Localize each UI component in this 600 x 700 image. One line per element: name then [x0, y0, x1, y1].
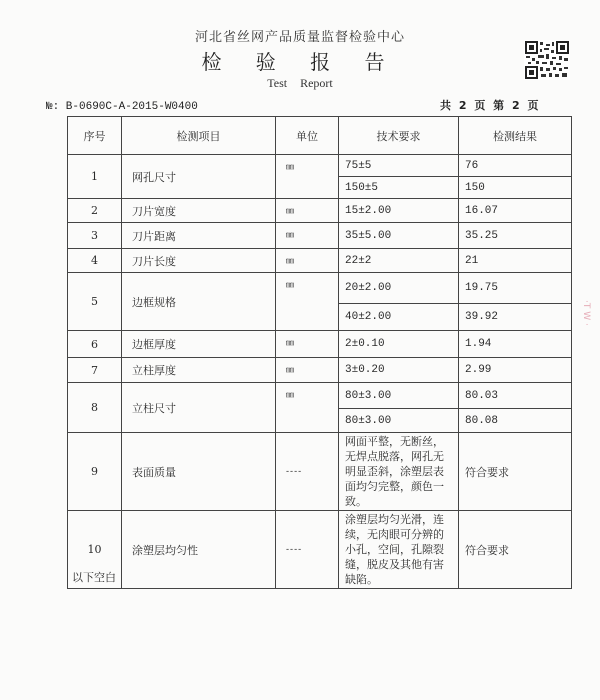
- row-requirement: 22±2: [339, 249, 459, 273]
- row-number: 3: [68, 223, 122, 249]
- row-unit: ㎜: [276, 249, 339, 273]
- row-result: 1.94: [459, 331, 572, 358]
- row-result: 150: [459, 177, 572, 199]
- row-item: 立柱尺寸: [122, 383, 276, 433]
- row-number: 9: [68, 433, 122, 511]
- row-result: 80.08: [459, 409, 572, 433]
- row-requirement: 35±5.00: [339, 223, 459, 249]
- row-requirement: 网面平整，无断丝，无焊点脱落，网孔无明显歪斜，涂塑层表面均匀完整，颜色一致。: [339, 433, 459, 511]
- table-header-row: 序号 检测项目 单位 技术要求 检测结果: [68, 117, 572, 155]
- row-item: 涂塑层均匀性: [122, 511, 276, 589]
- page-info: 共 2 页 第 2 页: [440, 97, 540, 113]
- row-unit: ----: [276, 511, 339, 589]
- row-item: 刀片距离: [122, 223, 276, 249]
- row-requirement: 3±0.20: [339, 358, 459, 383]
- report-title: 检 验 报 告: [0, 46, 600, 75]
- row-result: 21: [459, 249, 572, 273]
- blank-below-note: 以下空白: [72, 569, 116, 585]
- partial-seal-stamp: ·T W ·: [573, 300, 591, 370]
- row-result: 19.75: [459, 273, 572, 304]
- report-number: №: B-0690C-A-2015-W0400: [46, 101, 198, 113]
- inspection-table: 序号 检测项目 单位 技术要求 检测结果 1 网孔尺寸 ㎜ 75±5 76 15…: [67, 116, 572, 589]
- table-row: 6 边框厚度 ㎜ 2±0.10 1.94: [68, 331, 572, 358]
- row-result: 35.25: [459, 223, 572, 249]
- row-item: 刀片长度: [122, 249, 276, 273]
- table-row: 7 立柱厚度 ㎜ 3±0.20 2.99: [68, 358, 572, 383]
- table-row: 3 刀片距离 ㎜ 35±5.00 35.25: [68, 223, 572, 249]
- qr-code-icon: [524, 40, 570, 80]
- row-requirement: 20±2.00: [339, 273, 459, 304]
- row-item: 网孔尺寸: [122, 155, 276, 199]
- column-header-requirement: 技术要求: [339, 117, 459, 155]
- column-header-no: 序号: [68, 117, 122, 155]
- row-requirement: 涂塑层均匀光滑，连续，无肉眼可分辨的小孔，空间，孔隙裂缝，脱皮及其他有害缺陷。: [339, 511, 459, 589]
- row-unit: ㎜: [276, 383, 339, 433]
- row-unit: ㎜: [276, 199, 339, 223]
- row-unit: ㎜: [276, 155, 339, 199]
- row-item: 边框厚度: [122, 331, 276, 358]
- column-header-result: 检测结果: [459, 117, 572, 155]
- row-result: 76: [459, 155, 572, 177]
- row-number: 2: [68, 199, 122, 223]
- row-result: 2.99: [459, 358, 572, 383]
- table-row: 8 立柱尺寸 ㎜ 80±3.00 80.03: [68, 383, 572, 409]
- row-requirement: 2±0.10: [339, 331, 459, 358]
- row-number: 7: [68, 358, 122, 383]
- column-header-item: 检测项目: [122, 117, 276, 155]
- row-unit: ㎜: [276, 331, 339, 358]
- row-item: 表面质量: [122, 433, 276, 511]
- table-row: 10 涂塑层均匀性 ---- 涂塑层均匀光滑，连续，无肉眼可分辨的小孔，空间，孔…: [68, 511, 572, 589]
- row-requirement: 80±3.00: [339, 409, 459, 433]
- row-result: 16.07: [459, 199, 572, 223]
- row-number: 8: [68, 383, 122, 433]
- row-result: 80.03: [459, 383, 572, 409]
- row-item: 立柱厚度: [122, 358, 276, 383]
- row-unit: ㎜: [276, 358, 339, 383]
- row-requirement: 15±2.00: [339, 199, 459, 223]
- row-item: 刀片宽度: [122, 199, 276, 223]
- row-item: 边框规格: [122, 273, 276, 331]
- row-unit: ㎜: [276, 273, 339, 331]
- row-requirement: 80±3.00: [339, 383, 459, 409]
- row-requirement: 75±5: [339, 155, 459, 177]
- row-result: 符合要求: [459, 511, 572, 589]
- row-number: 6: [68, 331, 122, 358]
- row-number: 4: [68, 249, 122, 273]
- table-row: 9 表面质量 ---- 网面平整，无断丝，无焊点脱落，网孔无明显歪斜，涂塑层表面…: [68, 433, 572, 511]
- organization-name: 河北省丝网产品质量监督检验中心: [0, 26, 600, 45]
- row-unit: ㎜: [276, 223, 339, 249]
- row-unit: ----: [276, 433, 339, 511]
- table-row: 4 刀片长度 ㎜ 22±2 21: [68, 249, 572, 273]
- row-result: 符合要求: [459, 433, 572, 511]
- column-header-unit: 单位: [276, 117, 339, 155]
- table-row: 5 边框规格 ㎜ 20±2.00 19.75: [68, 273, 572, 304]
- row-number: 5: [68, 273, 122, 331]
- report-subtitle: Test Report: [0, 76, 600, 91]
- row-requirement: 40±2.00: [339, 304, 459, 331]
- table-row: 2 刀片宽度 ㎜ 15±2.00 16.07: [68, 199, 572, 223]
- row-requirement: 150±5: [339, 177, 459, 199]
- row-number: 1: [68, 155, 122, 199]
- row-result: 39.92: [459, 304, 572, 331]
- table-row: 1 网孔尺寸 ㎜ 75±5 76: [68, 155, 572, 177]
